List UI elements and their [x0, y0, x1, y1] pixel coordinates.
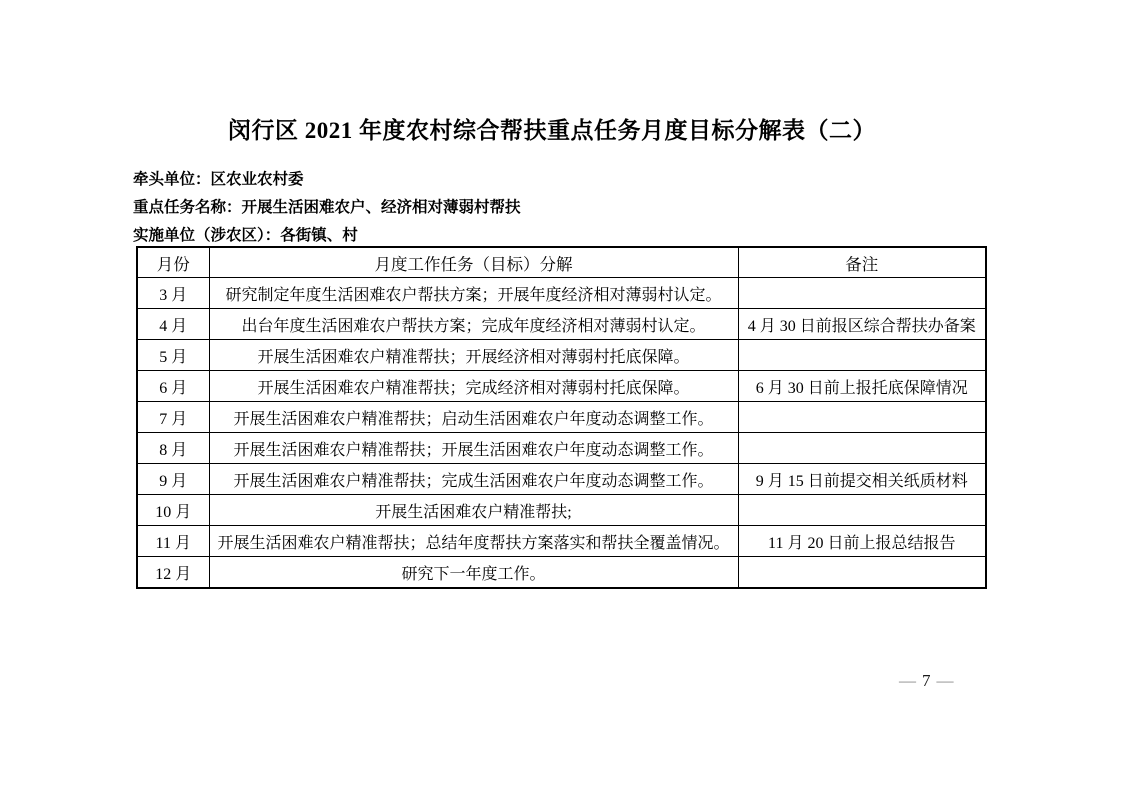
remark-cell	[738, 557, 986, 589]
task-cell: 开展生活困难农户精准帮扶；总结年度帮扶方案落实和帮扶全覆盖情况。	[209, 526, 738, 557]
month-cell: 9 月	[137, 464, 209, 495]
month-cell: 4 月	[137, 309, 209, 340]
month-cell: 7 月	[137, 402, 209, 433]
table-row: 8 月 开展生活困难农户精准帮扶；开展生活困难农户年度动态调整工作。	[137, 433, 986, 464]
table-row: 5 月 开展生活困难农户精准帮扶；开展经济相对薄弱村托底保障。	[137, 340, 986, 371]
month-cell: 6 月	[137, 371, 209, 402]
remark-cell: 6 月 30 日前上报托底保障情况	[738, 371, 986, 402]
table-row: 10 月 开展生活困难农户精准帮扶;	[137, 495, 986, 526]
remark-cell	[738, 278, 986, 309]
remark-cell	[738, 402, 986, 433]
task-cell: 开展生活困难农户精准帮扶；完成生活困难农户年度动态调整工作。	[209, 464, 738, 495]
meta-lead-unit: 牵头单位：区农业农村委	[133, 166, 521, 194]
month-cell: 5 月	[137, 340, 209, 371]
task-cell: 研究下一年度工作。	[209, 557, 738, 589]
col-header-remark: 备注	[738, 247, 986, 278]
document-page: 闵行区 2021 年度农村综合帮扶重点任务月度目标分解表（二） 牵头单位：区农业…	[0, 0, 1122, 793]
remark-cell	[738, 433, 986, 464]
table-row: 12 月 研究下一年度工作。	[137, 557, 986, 589]
col-header-task: 月度工作任务（目标）分解	[209, 247, 738, 278]
task-cell: 开展生活困难农户精准帮扶;	[209, 495, 738, 526]
remark-cell	[738, 340, 986, 371]
col-header-month: 月份	[137, 247, 209, 278]
task-cell: 研究制定年度生活困难农户帮扶方案；开展年度经济相对薄弱村认定。	[209, 278, 738, 309]
task-cell: 开展生活困难农户精准帮扶；开展经济相对薄弱村托底保障。	[209, 340, 738, 371]
remark-cell	[738, 495, 986, 526]
meta-block: 牵头单位：区农业农村委 重点任务名称：开展生活困难农户、经济相对薄弱村帮扶 实施…	[133, 166, 521, 250]
table-row: 3 月 研究制定年度生活困难农户帮扶方案；开展年度经济相对薄弱村认定。	[137, 278, 986, 309]
month-cell: 11 月	[137, 526, 209, 557]
page-number-dash-right: —	[931, 671, 960, 690]
table-row: 7 月 开展生活困难农户精准帮扶；启动生活困难农户年度动态调整工作。	[137, 402, 986, 433]
month-cell: 3 月	[137, 278, 209, 309]
meta-task-name: 重点任务名称：开展生活困难农户、经济相对薄弱村帮扶	[133, 194, 521, 222]
table-header-row: 月份 月度工作任务（目标）分解 备注	[137, 247, 986, 278]
table-row: 6 月 开展生活困难农户精准帮扶；完成经济相对薄弱村托底保障。 6 月 30 日…	[137, 371, 986, 402]
remark-cell: 9 月 15 日前提交相关纸质材料	[738, 464, 986, 495]
task-cell: 出台年度生活困难农户帮扶方案；完成年度经济相对薄弱村认定。	[209, 309, 738, 340]
table-row: 9 月 开展生活困难农户精准帮扶；完成生活困难农户年度动态调整工作。 9 月 1…	[137, 464, 986, 495]
table-row: 11 月 开展生活困难农户精准帮扶；总结年度帮扶方案落实和帮扶全覆盖情况。 11…	[137, 526, 986, 557]
page-footer: —7—	[893, 671, 960, 691]
page-number: 7	[922, 671, 931, 690]
remark-cell: 11 月 20 日前上报总结报告	[738, 526, 986, 557]
remark-cell: 4 月 30 日前报区综合帮扶办备案	[738, 309, 986, 340]
task-cell: 开展生活困难农户精准帮扶；启动生活困难农户年度动态调整工作。	[209, 402, 738, 433]
table-row: 4 月 出台年度生活困难农户帮扶方案；完成年度经济相对薄弱村认定。 4 月 30…	[137, 309, 986, 340]
task-cell: 开展生活困难农户精准帮扶；开展生活困难农户年度动态调整工作。	[209, 433, 738, 464]
page-title: 闵行区 2021 年度农村综合帮扶重点任务月度目标分解表（二）	[0, 112, 1104, 145]
month-cell: 10 月	[137, 495, 209, 526]
month-cell: 12 月	[137, 557, 209, 589]
task-cell: 开展生活困难农户精准帮扶；完成经济相对薄弱村托底保障。	[209, 371, 738, 402]
month-cell: 8 月	[137, 433, 209, 464]
page-number-dash-left: —	[893, 671, 922, 690]
monthly-task-table: 月份 月度工作任务（目标）分解 备注 3 月 研究制定年度生活困难农户帮扶方案；…	[136, 246, 987, 589]
